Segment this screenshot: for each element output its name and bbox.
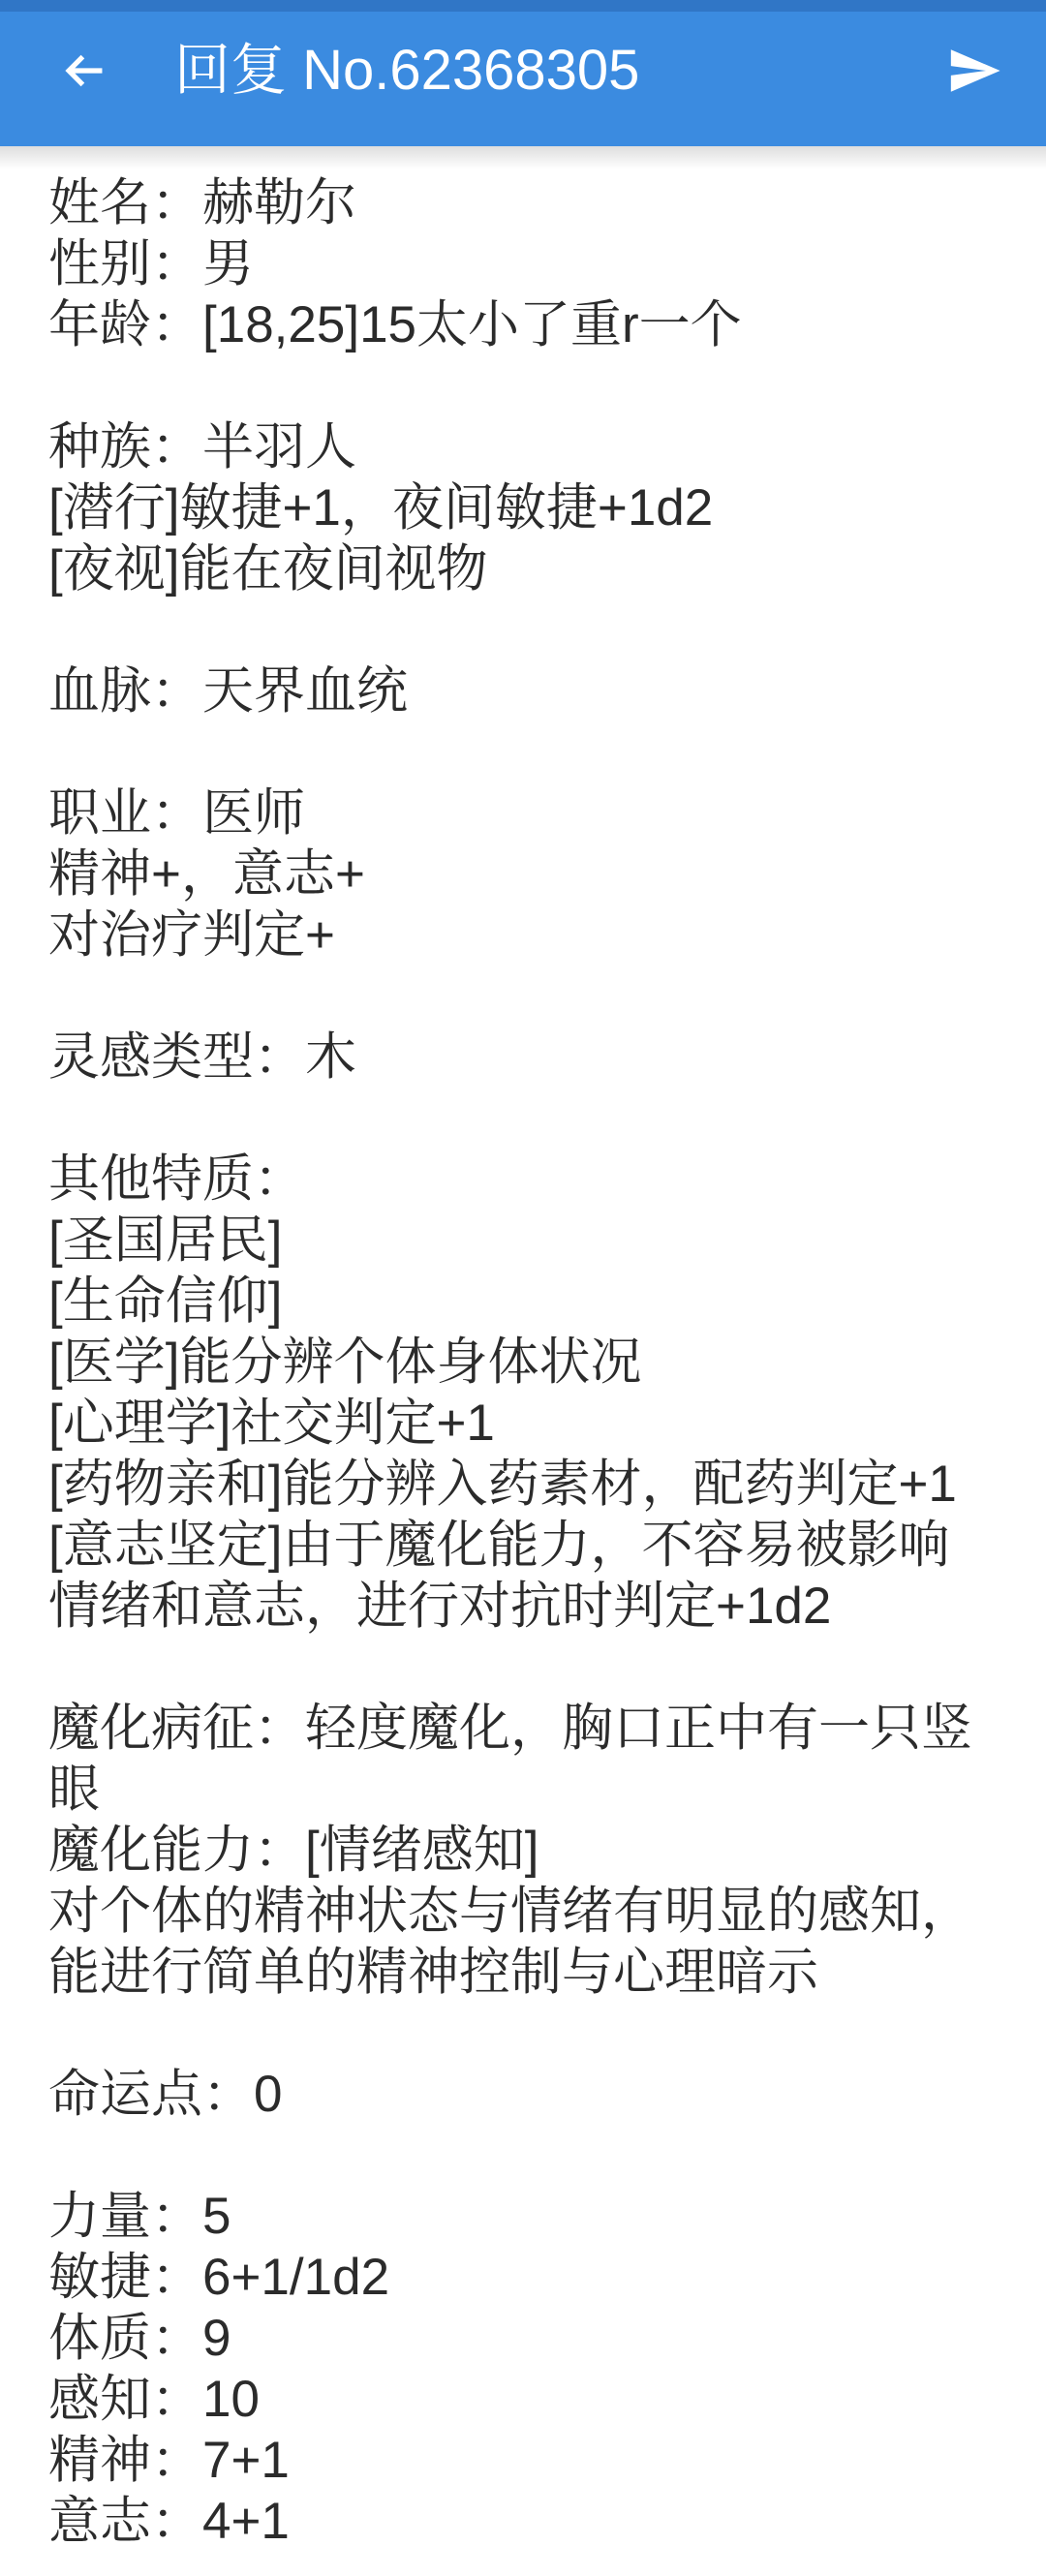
back-button[interactable]	[58, 45, 110, 97]
blank-line	[48, 1088, 1027, 1149]
send-button[interactable]	[943, 43, 1005, 99]
blank-line	[48, 2003, 1027, 2064]
text-line: 其他特质：	[48, 1149, 1027, 1210]
text-line: 姓名：赫勒尔	[48, 172, 1027, 233]
reply-body: 姓名：赫勒尔性别：男年龄：[18,25]15太小了重r一个种族：半羽人[潜行]敏…	[0, 146, 1046, 2552]
text-line: 精神+，意志+	[48, 843, 1027, 905]
blank-line	[48, 2125, 1027, 2186]
blank-line	[48, 1637, 1027, 1698]
text-line: [夜视]能在夜间视物	[48, 538, 1027, 599]
text-line: 对治疗判定+	[48, 905, 1027, 966]
text-line: [医学]能分辨个体身体状况	[48, 1332, 1027, 1393]
text-line: 魔化能力：[情绪感知]	[48, 1820, 1027, 1881]
text-line: 血脉：天界血统	[48, 660, 1027, 721]
send-icon	[943, 43, 1005, 99]
text-line: 精神：7+1	[48, 2430, 1027, 2491]
blank-line	[48, 966, 1027, 1027]
text-line: [心理学]社交判定+1	[48, 1393, 1027, 1454]
text-line: 职业：医师	[48, 782, 1027, 843]
text-line: 敏捷：6+1/1d2	[48, 2247, 1027, 2308]
text-line: 种族：半羽人	[48, 416, 1027, 477]
status-bar	[0, 0, 1046, 12]
text-line: [圣国居民]	[48, 1210, 1027, 1271]
text-line: [潜行]敏捷+1，夜间敏捷+1d2	[48, 477, 1027, 538]
text-line: 对个体的精神状态与情绪有明显的感知，	[48, 1881, 1027, 1942]
text-line: 情绪和意志，进行对抗时判定+1d2	[48, 1576, 1027, 1637]
back-arrow-icon	[58, 45, 110, 97]
text-line: [生命信仰]	[48, 1271, 1027, 1332]
text-line: 性别：男	[48, 233, 1027, 294]
text-line: 能进行简单的精神控制与心理暗示	[48, 1942, 1027, 2003]
blank-line	[48, 721, 1027, 782]
page-title: 回复 No.62368305	[174, 43, 639, 99]
text-line: 感知：10	[48, 2369, 1027, 2430]
text-line: 魔化病征：轻度魔化，胸口正中有一只竖	[48, 1698, 1027, 1759]
text-line: 年龄：[18,25]15太小了重r一个	[48, 294, 1027, 355]
text-line: 体质：9	[48, 2308, 1027, 2369]
text-line: 命运点：0	[48, 2064, 1027, 2125]
blank-line	[48, 355, 1027, 416]
text-line: 意志：4+1	[48, 2491, 1027, 2552]
text-line: [药物亲和]能分辨入药素材，配药判定+1	[48, 1454, 1027, 1515]
blank-line	[48, 599, 1027, 660]
app-bar-row: 回复 No.62368305	[58, 43, 1005, 99]
text-line: [意志坚定]由于魔化能力，不容易被影响	[48, 1515, 1027, 1576]
text-line: 灵感类型：木	[48, 1027, 1027, 1088]
text-line: 眼	[48, 1759, 1027, 1820]
app-bar: 回复 No.62368305	[0, 0, 1046, 146]
text-line: 力量：5	[48, 2186, 1027, 2247]
